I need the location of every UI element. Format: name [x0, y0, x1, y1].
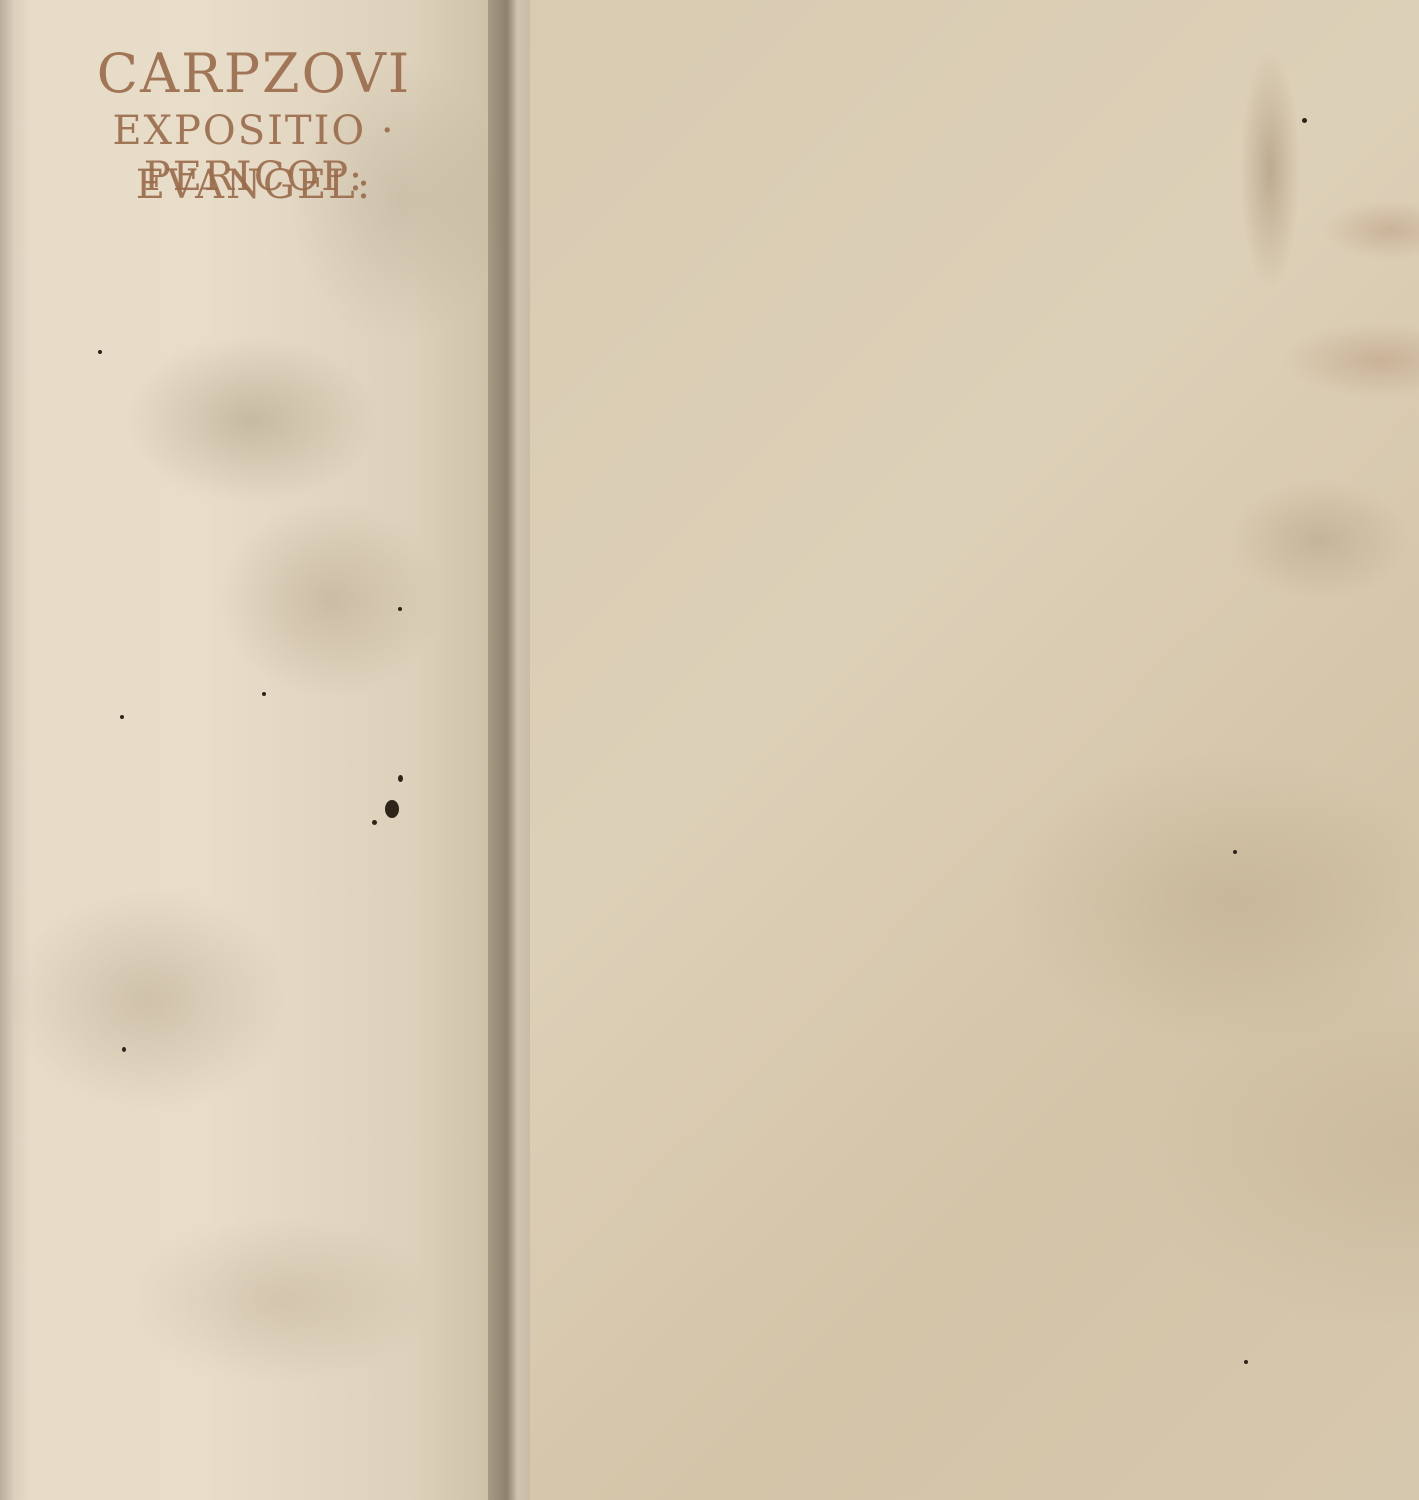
spine-title-line-3: EVANGEL:: [14, 162, 494, 208]
ink-spot: [398, 775, 403, 782]
ink-spot: [1302, 118, 1307, 123]
ink-spot: [120, 715, 124, 719]
spine-joint: [488, 0, 530, 1500]
ink-spot: [98, 350, 102, 354]
book-photo: CARPZOVI EXPOSITIO · PERICOP: EVANGEL:: [0, 0, 1419, 1500]
spine-title-author: CARPZOVI: [14, 42, 494, 105]
ink-spot: [372, 820, 377, 825]
spine-edge: [0, 0, 14, 1500]
ink-spot: [262, 692, 266, 696]
ink-spot: [385, 800, 399, 818]
ink-spot: [1244, 1360, 1248, 1364]
book-spine: CARPZOVI EXPOSITIO · PERICOP: EVANGEL:: [0, 0, 515, 1500]
ink-spot: [1233, 850, 1237, 854]
ink-spot: [398, 607, 402, 611]
ink-spot: [122, 1047, 126, 1052]
front-cover: [530, 0, 1419, 1500]
